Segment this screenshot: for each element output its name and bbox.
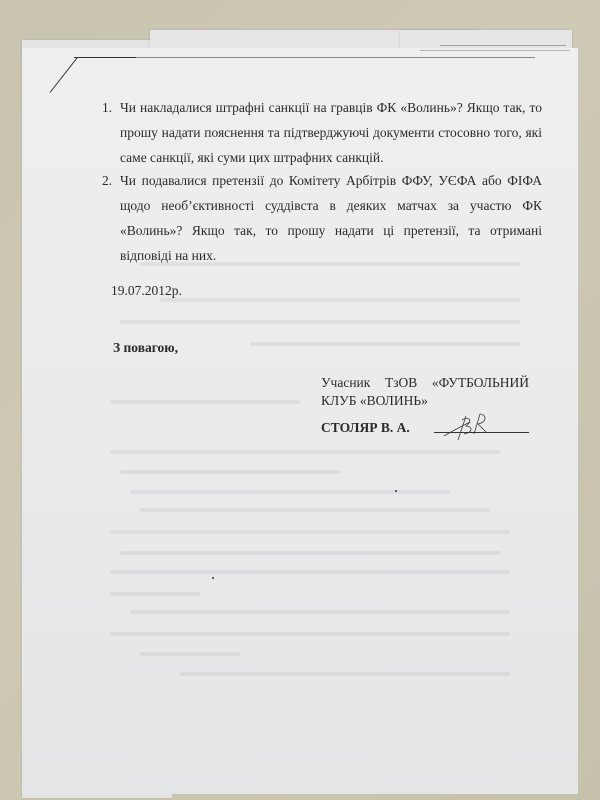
signer-role: Учасник xyxy=(321,374,370,392)
signature-icon xyxy=(440,410,500,444)
list-item-number: 2. xyxy=(102,168,112,193)
list-item: 1. Чи накладалися штрафні санкції на гра… xyxy=(102,95,542,170)
signer-org-name-part2: КЛУБ «ВОЛИНЬ» xyxy=(321,392,529,410)
signer-organization: Учасник ТзОВ «ФУТБОЛЬНИЙ КЛУБ «ВОЛИНЬ» xyxy=(321,374,529,410)
list-item-text: Чи подавалися претензії до Комітету Арбі… xyxy=(102,168,542,268)
list-item-text: Чи накладалися штрафні санкції на гравці… xyxy=(102,95,542,170)
signer-org-name-part1: «ФУТБОЛЬНИЙ xyxy=(432,374,529,392)
list-item-number: 1. xyxy=(102,95,112,120)
closing-phrase: З повагою, xyxy=(113,340,178,356)
document-date: 19.07.2012р. xyxy=(111,283,182,299)
list-item: 2. Чи подавалися претензії до Комітету А… xyxy=(102,168,542,268)
document-content: 1. Чи накладалися штрафні санкції на гра… xyxy=(0,0,600,800)
signer-name: СТОЛЯР В. А. xyxy=(321,420,410,436)
signer-org-type: ТзОВ xyxy=(385,374,417,392)
